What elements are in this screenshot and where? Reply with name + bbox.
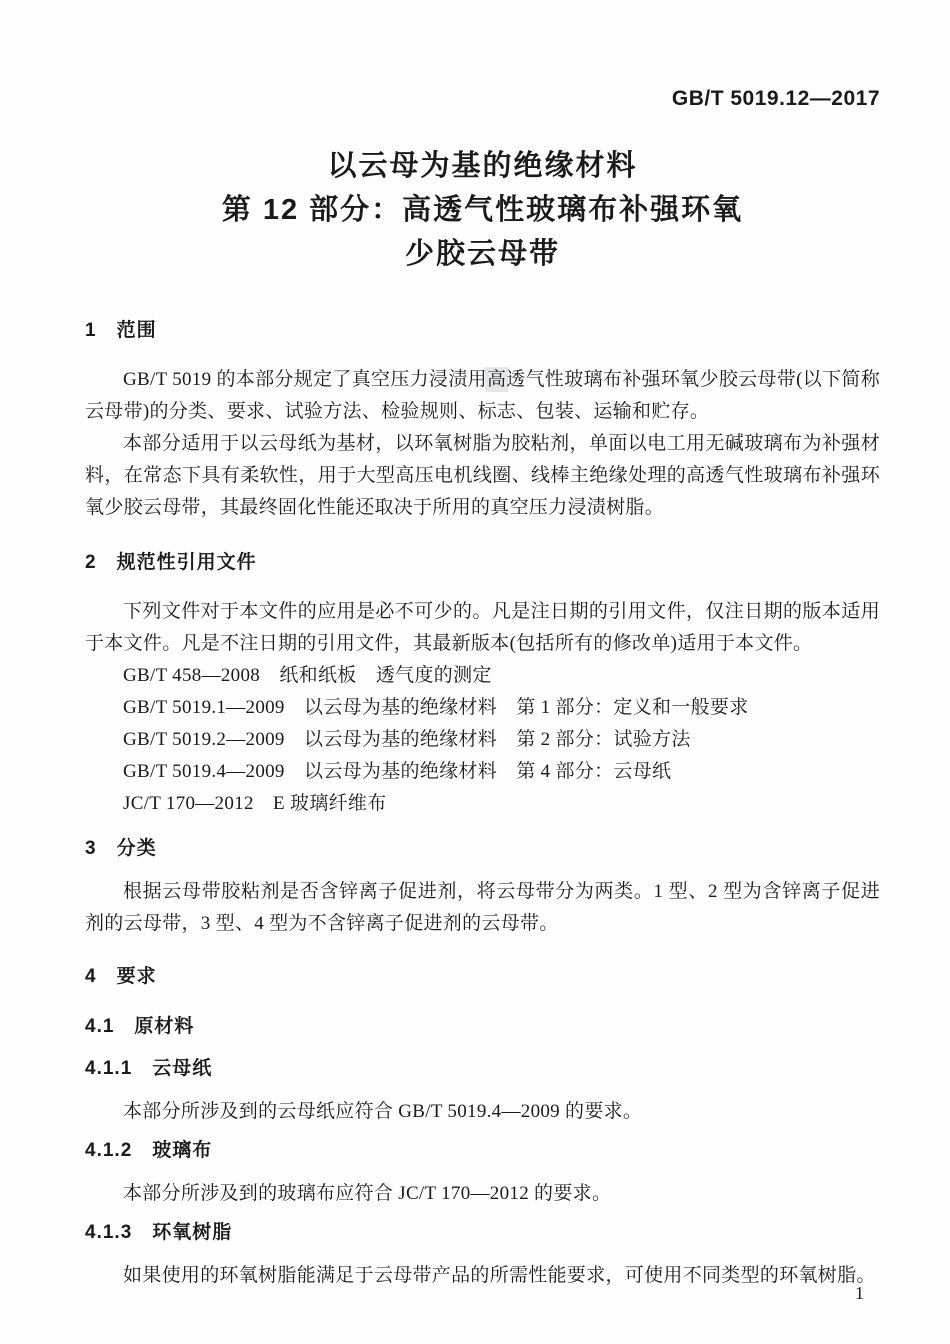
doc-title-line2: 第 12 部分：高透气性玻璃布补强环氧 — [85, 188, 880, 232]
document-page: GB/T 5019.12—2017 以云母为基的绝缘材料 第 12 部分：高透气… — [0, 0, 950, 1344]
section-4-heading: 4 要求 — [85, 964, 880, 990]
section-2-paragraph-1: 下列文件对于本文件的应用是必不可少的。凡是注日期的引用文件，仅注日期的版本适用于… — [85, 596, 880, 660]
reference-item: GB/T 5019.4—2009 以云母为基的绝缘材料 第 4 部分：云母纸 — [85, 756, 880, 788]
section-4-1-2-paragraph: 本部分所涉及到的玻璃布应符合 JC/T 170—2012 的要求。 — [85, 1178, 880, 1210]
section-3-heading: 3 分类 — [85, 836, 880, 862]
section-3-paragraph-1: 根据云母带胶粘剂是否含锌离子促进剂，将云母带分为两类。1 型、2 型为含锌离子促… — [85, 876, 880, 940]
section-4-1-2-heading: 4.1.2 玻璃布 — [85, 1138, 880, 1164]
document-title: 以云母为基的绝缘材料 第 12 部分：高透气性玻璃布补强环氧 少胶云母带 — [85, 144, 880, 276]
section-4-1-1-paragraph: 本部分所涉及到的云母纸应符合 GB/T 5019.4—2009 的要求。 — [85, 1096, 880, 1128]
reference-item: GB/T 5019.2—2009 以云母为基的绝缘材料 第 2 部分：试验方法 — [85, 724, 880, 756]
reference-item: GB/T 458—2008 纸和纸板 透气度的测定 — [85, 660, 880, 692]
section-4-1-1-heading: 4.1.1 云母纸 — [85, 1056, 880, 1082]
section-4-1-3-heading: 4.1.3 环氧树脂 — [85, 1220, 880, 1246]
highlighted-character: 高 — [487, 369, 506, 390]
doc-title-line1: 以云母为基的绝缘材料 — [85, 144, 880, 188]
standard-code-header: GB/T 5019.12—2017 — [85, 86, 880, 112]
section-2-heading: 2 规范性引用文件 — [85, 550, 880, 576]
section-1-heading: 1 范围 — [85, 318, 880, 344]
doc-title-line3: 少胶云母带 — [85, 232, 880, 276]
section-4-1-3-paragraph: 如果使用的环氧树脂能满足于云母带产品的所需性能要求，可使用不同类型的环氧树脂。 — [85, 1260, 880, 1292]
section-1-paragraph-2: 本部分适用于以云母纸为基材，以环氧树脂为胶粘剂，单面以电工用无碱玻璃布为补强材料… — [85, 428, 880, 524]
page-number: 1 — [855, 1281, 864, 1305]
normative-references-list: GB/T 458—2008 纸和纸板 透气度的测定 GB/T 5019.1—20… — [85, 660, 880, 820]
reference-item: GB/T 5019.1—2009 以云母为基的绝缘材料 第 1 部分：定义和一般… — [85, 692, 880, 724]
section-1-p1-pre: GB/T 5019 的本部分规定了真空压力浸渍用 — [123, 369, 487, 390]
reference-item: JC/T 170—2012 E 玻璃纤维布 — [85, 788, 880, 820]
section-4-1-heading: 4.1 原材料 — [85, 1014, 880, 1040]
section-1-paragraph-1: GB/T 5019 的本部分规定了真空压力浸渍用高透气性玻璃布补强环氧少胶云母带… — [85, 364, 880, 428]
